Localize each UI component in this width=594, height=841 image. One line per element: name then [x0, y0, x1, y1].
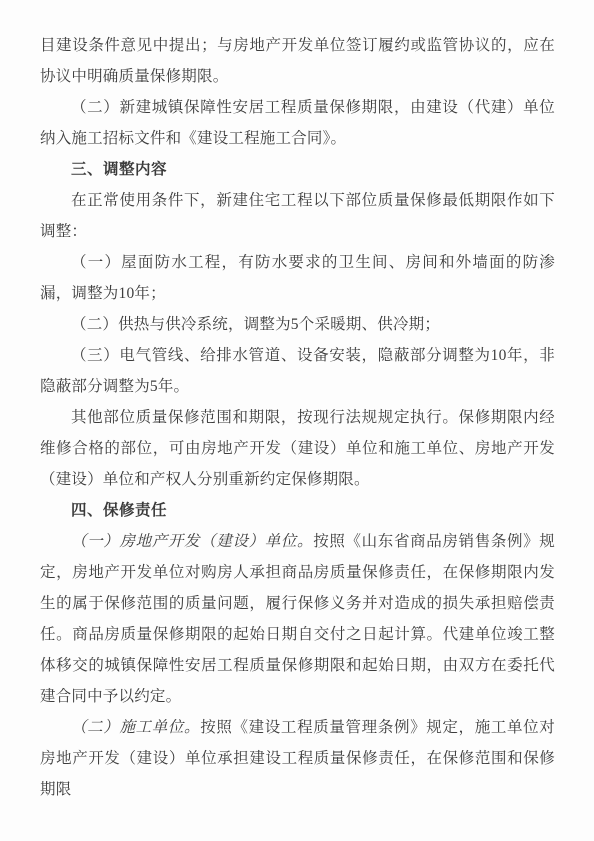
- paragraph: （一）屋面防水工程，有防水要求的卫生间、房间和外墙面的防渗漏，调整为10年；: [40, 247, 555, 309]
- paragraph-lead: （二）施工单位。: [71, 719, 200, 736]
- paragraph: 在正常使用条件下，新建住宅工程以下部位质量保修最低期限作如下调整：: [40, 185, 555, 247]
- document-page: 目建设条件意见中提出；与房地产开发单位签订履约或监管协议的，应在协议中明确质量保…: [0, 0, 594, 841]
- paragraph: （一）房地产开发（建设）单位。按照《山东省商品房销售条例》规定，房地产开发单位对…: [40, 526, 555, 712]
- paragraph-lead: （一）房地产开发（建设）单位。: [71, 533, 313, 550]
- section-heading: 三、调整内容: [40, 154, 555, 185]
- paragraph: （二）施工单位。按照《建设工程质量管理条例》规定，施工单位对房地产开发（建设）单…: [40, 712, 555, 805]
- paragraph: （三）电气管线、给排水管道、设备安装，隐蔽部分调整为10年，非隐蔽部分调整为5年…: [40, 340, 555, 402]
- document-body: 目建设条件意见中提出；与房地产开发单位签订履约或监管协议的，应在协议中明确质量保…: [40, 30, 555, 805]
- paragraph: 其他部位质量保修范围和期限，按现行法规规定执行。保修期限内经维修合格的部位，可由…: [40, 402, 555, 495]
- paragraph: （二）新建城镇保障性安居工程质量保修期限，由建设（代建）单位纳入施工招标文件和《…: [40, 92, 555, 154]
- paragraph: （二）供热与供冷系统，调整为5个采暖期、供冷期；: [40, 309, 555, 340]
- section-heading: 四、保修责任: [40, 495, 555, 526]
- paragraph: 目建设条件意见中提出；与房地产开发单位签订履约或监管协议的，应在协议中明确质量保…: [40, 30, 555, 92]
- paragraph-text: 按照《山东省商品房销售条例》规定，房地产开发单位对购房人承担商品房质量保修责任，…: [40, 533, 555, 705]
